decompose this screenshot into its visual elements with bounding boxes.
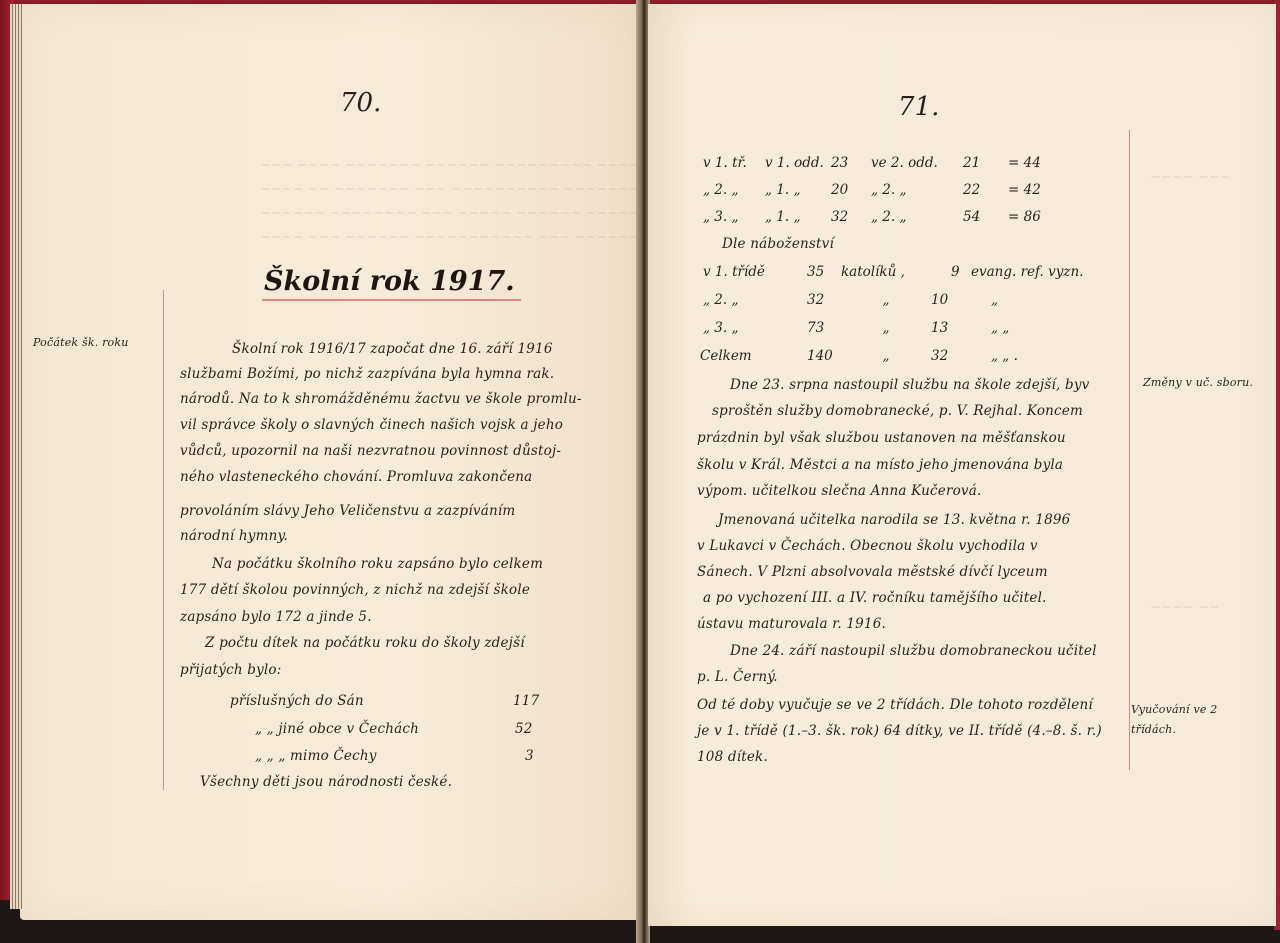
bleed-through-text: ~~~~ ~~~ ~~~~~~ ~~~~~~~~~~~ ~~~ ~~~~~~ [260,230,640,245]
margin-rule-right [1129,130,1130,770]
catholic-count: 32 [807,292,841,308]
religion-table-row: „ 2. „ 32 „ 10 „ [703,292,998,308]
margin-rule-left [163,290,164,790]
origin-label: „ „ „ mimo Čechy [255,748,377,764]
text-line: Od té doby vyučuje se ve 2 třídách. Dle … [697,697,1093,713]
text-line: sproštěn služby domobranecké, p. V. Rejh… [712,403,1083,419]
margin-note-two-classes: Vyučování ve 2 třídách. [1131,700,1249,740]
origin-value: 3 [525,748,534,764]
total-cell: = 44 [1008,155,1041,171]
count-cell: 32 [831,209,871,225]
evangelical-count: 9 [951,264,971,280]
evangelical-label: „ „ [991,320,1009,336]
text-line: je v 1. třídě (1.–3. šk. rok) 64 dítky, … [697,723,1102,739]
division-cell: „ 2. „ [871,209,963,225]
text-line: prázdnin byl však službou ustanoven na m… [697,430,1066,446]
evangelical-count: 13 [931,320,991,336]
margin-note-school-year-start: Počátek šk. roku [33,336,129,349]
text-line: školu v Král. Městci a na místo jeho jme… [697,457,1063,473]
text-line: výpom. učitelkou slečna Anna Kučerová. [697,483,982,499]
text-line: službami Božími, po nichž zazpívána byla… [180,366,554,382]
count-cell: 23 [831,155,871,171]
class-cell: „ 2. „ [703,182,765,198]
text-line: Na počátku školního roku zapsáno bylo ce… [212,556,543,572]
catholic-label: „ [841,292,931,308]
total-cell: = 86 [1008,209,1041,225]
religion-table-row: „ 3. „ 73 „ 13 „ „ [703,320,1009,336]
page-title: Školní rok 1917. [262,266,521,301]
text-line: p. L. Černý. [697,669,778,685]
origin-label: příslušných do Sán [230,693,364,709]
class-table-row: v 1. tř. v 1. odd. 23 ve 2. odd. 21 = 44 [703,155,1041,171]
count-cell: 22 [963,182,1008,198]
text-line: 177 dětí školou povinných, z nichž na zd… [180,582,530,598]
text-line: Dne 23. srpna nastoupil službu na škole … [730,377,1090,393]
religion-table-row: Celkem 140 „ 32 „ „ . [700,348,1018,364]
closing-line: Všechny děti jsou národnosti české. [200,774,452,790]
count-cell: 21 [963,155,1008,171]
catholic-label: katolíků , [841,264,951,280]
division-cell: ve 2. odd. [871,155,963,171]
text-line: zapsáno bylo 172 a jinde 5. [180,609,372,625]
evangelical-count: 10 [931,292,991,308]
text-line: vůdců, upozornil na naši nezvratnou povi… [180,443,561,459]
origin-value: 52 [515,721,533,737]
text-line: ného vlasteneckého chování. Promluva zak… [180,469,532,485]
catholic-label: „ [841,320,931,336]
catholic-count: 140 [807,348,841,364]
text-line: národů. Na to k shromážděnému žactvu ve … [180,391,582,407]
count-cell: 20 [831,182,871,198]
evangelical-count: 32 [931,348,991,364]
division-cell: „ 1. „ [765,182,831,198]
margin-note-staff-changes: Změny v uč. sboru. [1143,376,1253,389]
division-cell: „ 2. „ [871,182,963,198]
text-line: provoláním slávy Jeho Veličenstvu a zazp… [180,503,515,519]
class-cell: „ 3. „ [703,209,765,225]
text-line: 108 dítek. [697,749,768,765]
text-line: přijatých bylo: [180,662,282,678]
origin-label: „ „ jiné obce v Čechách [255,721,419,737]
class-table-row: „ 2. „ „ 1. „ 20 „ 2. „ 22 = 42 [703,182,1041,198]
catholic-count: 35 [807,264,841,280]
total-cell: = 42 [1008,182,1041,198]
origin-value: 117 [513,693,539,709]
evangelical-label: evang. ref. vyzn. [971,264,1083,280]
text-line: Dne 24. září nastoupil službu domobranec… [730,643,1097,659]
page-edges [10,4,22,909]
bleed-through-text: ~~~~ ~~ [1150,600,1220,615]
bleed-through-text: ~~~~ ~~ ~~~~~~~ ~~~ ~~~~~~~~~~ ~~~~~~~ [260,182,640,197]
text-line: vil správce školy o slavných činech naši… [180,417,563,433]
text-line: v Lukavci v Čechách. Obecnou školu vycho… [697,538,1038,554]
division-cell: „ 1. „ [765,209,831,225]
bleed-through-text: ~~~~ ~~~ [1150,170,1230,185]
page-number-left: 70. [340,88,381,118]
class-cell: Celkem [700,348,807,364]
count-cell: 54 [963,209,1008,225]
text-line: a po vychození III. a IV. ročníku tamějš… [703,590,1047,606]
evangelical-label: „ [991,292,998,308]
class-cell: „ 2. „ [703,292,807,308]
text-line: Sánech. V Plzni absolvovala městské dívč… [697,564,1048,580]
religion-heading: Dle náboženství [722,236,834,252]
catholic-label: „ [841,348,931,364]
catholic-count: 73 [807,320,841,336]
text-line: národní hymny. [180,528,288,544]
text-line: ústavu maturovala r. 1916. [697,616,886,632]
text-line: Jmenovaná učitelka narodila se 13. květn… [718,512,1070,528]
bleed-through-text: ~~~~~~ ~~~~~~~~ ~~~ ~~~~~ ~~~~~~ ~~~~~ [260,206,640,221]
evangelical-label: „ „ . [991,348,1018,364]
class-cell: „ 3. „ [703,320,807,336]
text-line: Školní rok 1916/17 započat dne 16. září … [232,341,553,357]
class-cell: v 1. tř. [703,155,765,171]
class-cell: v 1. třídě [703,264,807,280]
religion-table-row: v 1. třídě 35 katolíků , 9 evang. ref. v… [703,264,1083,280]
page-number-right: 71. [898,92,939,122]
bleed-through-text: ~~~ ~~~~ ~~~~~~~ ~~~~~~ ~~~~~~~~~ ~~~~~ [260,158,651,173]
class-table-row: „ 3. „ „ 1. „ 32 „ 2. „ 54 = 86 [703,209,1041,225]
text-line: Z počtu dítek na počátku roku do školy z… [205,635,525,651]
division-cell: v 1. odd. [765,155,831,171]
